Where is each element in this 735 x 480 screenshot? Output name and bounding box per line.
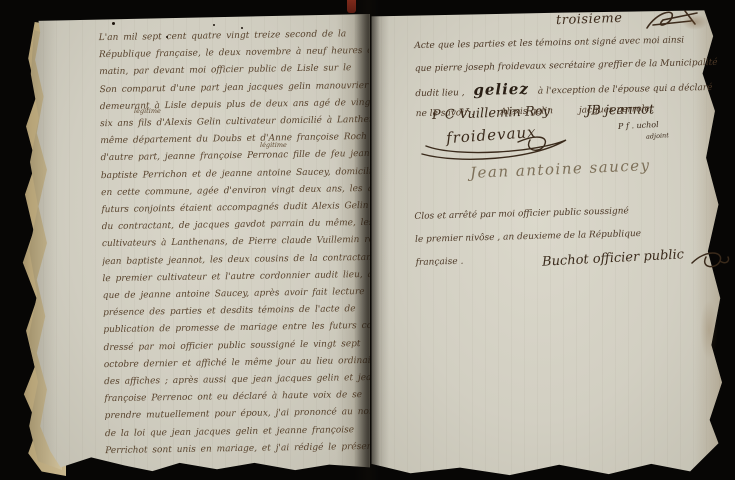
line-segment: à l'exception de l'épouse qui a déclaré xyxy=(538,83,713,97)
paper-stain xyxy=(700,300,718,360)
scanned-register-spread: L'an mil sept cent quatre vingt treize s… xyxy=(0,0,735,480)
left-page: L'an mil sept cent quatre vingt treize s… xyxy=(30,14,370,472)
left-page-text: L'an mil sept cent quatre vingt treize s… xyxy=(99,26,376,466)
signature-uchol-title: adjoint xyxy=(646,131,669,141)
ink-speck xyxy=(213,24,215,26)
superscript-insertion: légitime xyxy=(260,141,287,149)
line-segment: dudit lieu , xyxy=(415,88,464,99)
paper-stain xyxy=(682,14,708,30)
book-spine-shadow xyxy=(354,0,380,480)
ink-speck xyxy=(166,36,168,38)
terminal-flourish-icon xyxy=(690,247,732,273)
signature-jeannot: JB jeannot xyxy=(586,102,654,118)
ink-speck xyxy=(112,22,115,25)
manuscript-line: Perrichot sont unis en mariage, et j'ai … xyxy=(105,439,375,460)
inserted-name: geliez xyxy=(473,80,529,99)
ink-speck xyxy=(241,27,243,29)
superscript-insertion: légitime xyxy=(134,107,161,115)
page-number-annotation: troisieme xyxy=(556,11,623,28)
binding-thread xyxy=(347,0,356,13)
